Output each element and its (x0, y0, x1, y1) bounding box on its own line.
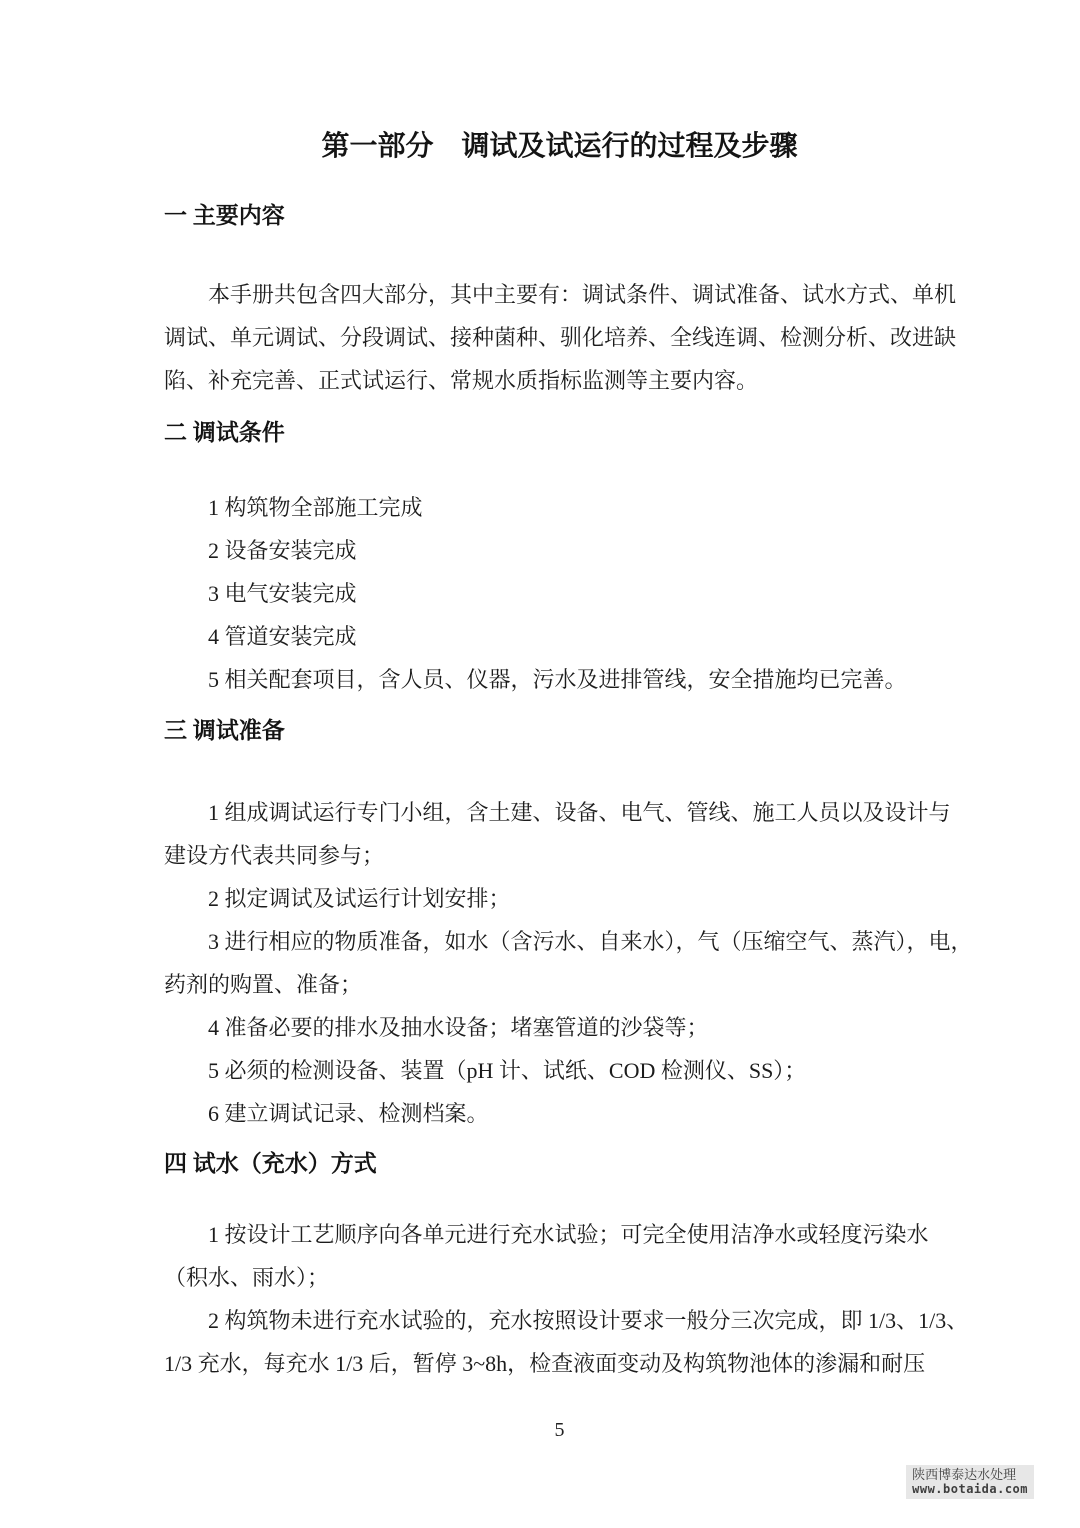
list-item: 1 组成调试运行专门小组，含土建、设备、电气、管线、施工人员以及设计与 (164, 791, 955, 834)
section-commissioning-conditions: 二 调试条件 1 构筑物全部施工完成 2 设备安装完成 3 电气安装完成 4 管… (164, 420, 955, 701)
section-water-filling-method: 四 试水（充水）方式 1 按设计工艺顺序向各单元进行充水试验；可完全使用洁净水或… (164, 1151, 955, 1385)
text-line: 1/3 充水，每充水 1/3 后，暂停 3~8h，检查液面变动及构筑物池体的渗漏… (164, 1342, 955, 1385)
section-commissioning-preparation: 三 调试准备 1 组成调试运行专门小组，含土建、设备、电气、管线、施工人员以及设… (164, 718, 955, 1135)
list-item: 2 构筑物未进行充水试验的，充水按照设计要求一般分三次完成，即 1/3、1/3、 (164, 1299, 955, 1342)
section-body-4: 1 按设计工艺顺序向各单元进行充水试验；可完全使用洁净水或轻度污染水 （积水、雨… (164, 1213, 955, 1385)
text-line: （积水、雨水）； (164, 1256, 955, 1299)
list-item: 3 电气安装完成 (164, 572, 955, 615)
section-heading-1: 一 主要内容 (164, 203, 955, 228)
section-body-2: 1 构筑物全部施工完成 2 设备安装完成 3 电气安装完成 4 管道安装完成 5… (164, 486, 955, 701)
watermark: 陕西博泰达水处理 www.botaida.com (906, 1465, 1034, 1499)
section-heading-2: 二 调试条件 (164, 420, 955, 445)
page-number: 5 (164, 1418, 955, 1442)
list-item: 3 进行相应的物质准备，如水（含污水、自来水），气（压缩空气、蒸汽），电， (164, 920, 955, 963)
watermark-url: www.botaida.com (912, 1482, 1028, 1496)
section-heading-4: 四 试水（充水）方式 (164, 1151, 955, 1176)
text-line: 陷、补充完善、正式试运行、常规水质指标监测等主要内容。 (164, 359, 955, 402)
list-item: 5 必须的检测设备、装置（pH 计、试纸、COD 检测仪、SS）； (164, 1049, 955, 1092)
list-item: 1 构筑物全部施工完成 (164, 486, 955, 529)
section-main-content: 一 主要内容 本手册共包含四大部分，其中主要有：调试条件、调试准备、试水方式、单… (164, 203, 955, 402)
section-body-1: 本手册共包含四大部分，其中主要有：调试条件、调试准备、试水方式、单机 调试、单元… (164, 273, 955, 402)
section-heading-3: 三 调试准备 (164, 718, 955, 743)
list-item: 2 拟定调试及试运行计划安排； (164, 877, 955, 920)
section-body-3: 1 组成调试运行专门小组，含土建、设备、电气、管线、施工人员以及设计与 建设方代… (164, 791, 955, 1135)
list-item: 1 按设计工艺顺序向各单元进行充水试验；可完全使用洁净水或轻度污染水 (164, 1213, 955, 1256)
list-item: 4 管道安装完成 (164, 615, 955, 658)
page-title: 第一部分 调试及试运行的过程及步骤 (164, 131, 955, 163)
watermark-company: 陕西博泰达水处理 (912, 1467, 1028, 1482)
text-line: 调试、单元调试、分段调试、接种菌种、驯化培养、全线连调、检测分析、改进缺 (164, 316, 955, 359)
text-line: 建设方代表共同参与； (164, 834, 955, 877)
list-item: 5 相关配套项目，含人员、仪器，污水及进排管线，安全措施均已完善。 (164, 658, 955, 701)
list-item: 4 准备必要的排水及抽水设备；堵塞管道的沙袋等； (164, 1006, 955, 1049)
document-page: 第一部分 调试及试运行的过程及步骤 一 主要内容 本手册共包含四大部分，其中主要… (0, 0, 1080, 1442)
list-item: 6 建立调试记录、检测档案。 (164, 1092, 955, 1135)
list-item: 2 设备安装完成 (164, 529, 955, 572)
text-line: 药剂的购置、准备； (164, 963, 955, 1006)
text-line: 本手册共包含四大部分，其中主要有：调试条件、调试准备、试水方式、单机 (164, 273, 955, 316)
